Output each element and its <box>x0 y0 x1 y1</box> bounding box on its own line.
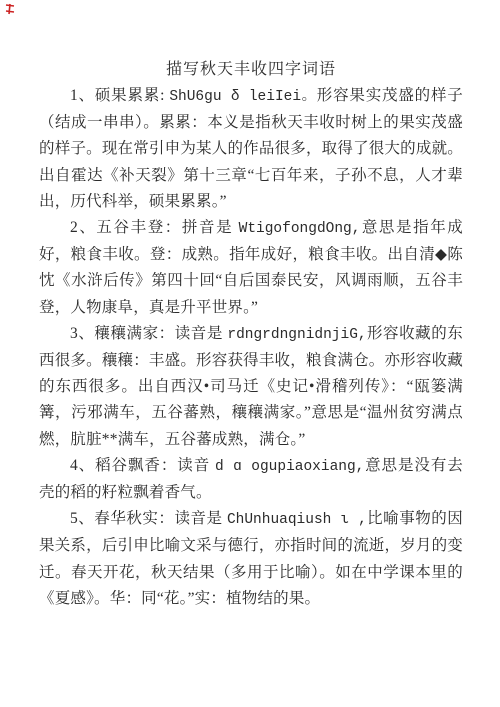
pinyin-text: ChUnhuaqiush ι , <box>227 512 367 528</box>
cjk-text: 2、五谷丰登：拼音是 <box>70 219 239 236</box>
red-corner-mark <box>4 3 16 16</box>
document-page: 描写秋天丰收四字词语 1、硕果累累: ShU6gu δ leiIei。形容果实茂… <box>0 0 500 707</box>
paragraph: 5、春华秋实：读音是 ChUnhuaqiush ι ,比喻事物的因果关系，后引申… <box>39 506 463 612</box>
pinyin-text: WtigofongdOng, <box>239 221 361 237</box>
document-title: 描写秋天丰收四字词语 <box>39 57 463 83</box>
cjk-text: 1、硕果累累: <box>70 87 169 104</box>
pinyin-text: rdngrdngnidnjiG, <box>227 327 366 343</box>
document-body: 描写秋天丰收四字词语 1、硕果累累: ShU6gu δ leiIei。形容果实茂… <box>39 57 463 612</box>
pinyin-text: ShU6gu δ leiIei。 <box>169 89 316 105</box>
pinyin-text: d ɑ ogupiaoxiang, <box>215 459 364 475</box>
paragraph: 1、硕果累累: ShU6gu δ leiIei。形容果实茂盛的样子（结成一串串）… <box>39 83 463 215</box>
paragraph: 2、五谷丰登：拼音是 WtigofongdOng,意思是指年成好，粮食丰收。登：… <box>39 215 463 321</box>
cjk-text: 4、稻谷飘香：读音 <box>70 457 215 474</box>
paragraphs-container: 1、硕果累累: ShU6gu δ leiIei。形容果实茂盛的样子（结成一串串）… <box>39 83 463 612</box>
cjk-text: 形容收藏的东西很多。穰穰：丰盛。形容获得丰收，粮食满仓。亦形容收藏的东西很多。出… <box>39 325 463 448</box>
page: { "page": { "background": "#ffffff", "te… <box>0 0 500 707</box>
paragraph: 3、穰穰满家：读音是 rdngrdngnidnjiG,形容收藏的东西很多。穰穰：… <box>39 321 463 453</box>
cjk-text: 3、穰穰满家：读音是 <box>70 325 227 342</box>
cjk-text: 形容果实茂盛的样子（结成一串串）。累累：本义是指秋天丰收时树上的果实茂盛的样子。… <box>39 87 463 210</box>
paragraph: 4、稻谷飘香：读音 d ɑ ogupiaoxiang,意思是没有去壳的稻的籽粒飘… <box>39 453 463 506</box>
cjk-text: 5、春华秋实：读音是 <box>70 510 227 527</box>
